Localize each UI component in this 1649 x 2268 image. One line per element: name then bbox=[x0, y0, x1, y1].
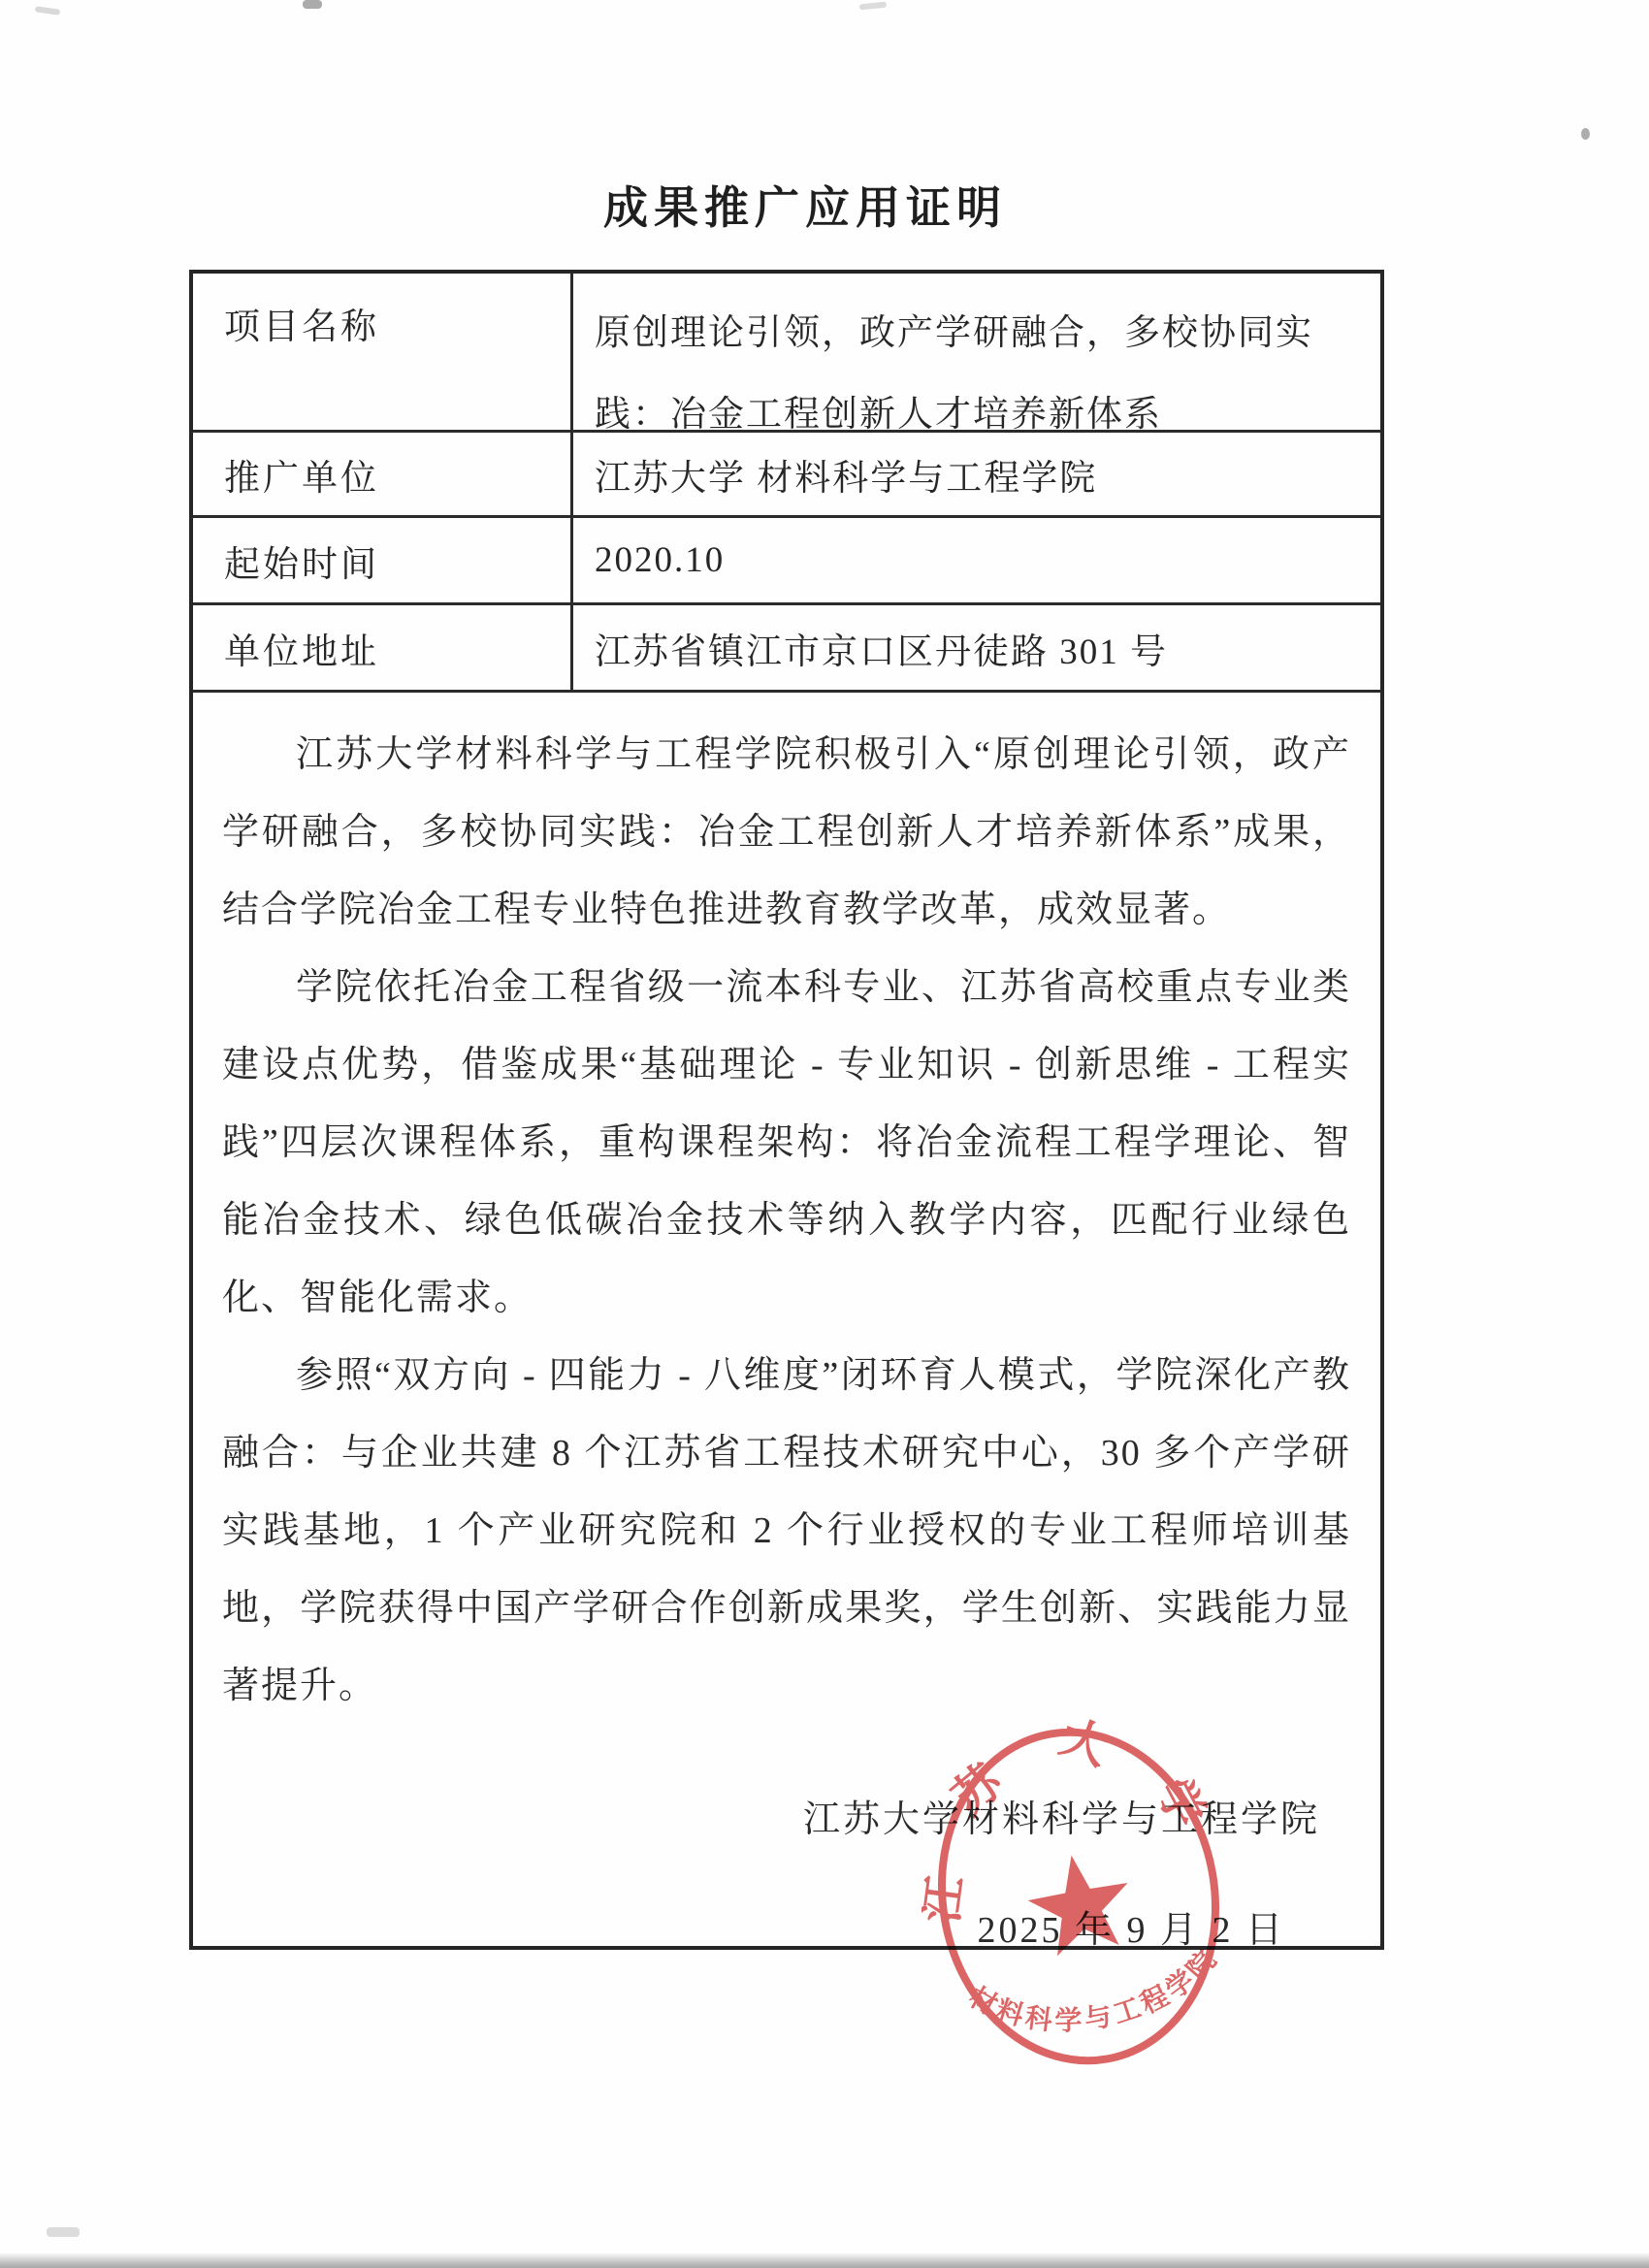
signature-block: 江苏大学材料科学与工程学院 2025 年 9 月 2 日 bbox=[222, 1781, 1351, 1969]
signature-date: 2025 年 9 月 2 日 bbox=[222, 1892, 1320, 1969]
scanned-certificate-page: 成果推广应用证明 项目名称 原创理论引领，政产学研融合，多校协同实践：冶金工程创… bbox=[0, 0, 1649, 2268]
certificate-body: 江苏大学材料科学与工程学院积极引入“原创理论引领，政产学研融合，多校协同实践：冶… bbox=[193, 693, 1380, 1946]
row-value-promoting-unit: 江苏大学 材料科学与工程学院 bbox=[573, 433, 1380, 515]
signature-organization: 江苏大学材料科学与工程学院 bbox=[222, 1781, 1320, 1859]
row-label-project-name: 项目名称 bbox=[193, 274, 573, 430]
scan-artifact bbox=[47, 2227, 80, 2237]
scan-artifact bbox=[859, 2, 887, 11]
scan-artifact bbox=[35, 6, 61, 16]
table-row: 起始时间 2020.10 bbox=[193, 518, 1380, 605]
body-paragraph: 江苏大学材料科学与工程学院积极引入“原创理论引领，政产学研融合，多校协同实践：冶… bbox=[222, 716, 1351, 949]
table-row: 推广单位 江苏大学 材料科学与工程学院 bbox=[193, 433, 1380, 518]
scan-artifact bbox=[1581, 128, 1590, 140]
scan-edge-shadow bbox=[0, 2252, 1649, 2268]
row-value-project-name: 原创理论引领，政产学研融合，多校协同实践：冶金工程创新人才培养新体系 bbox=[573, 274, 1380, 430]
table-row: 项目名称 原创理论引领，政产学研融合，多校协同实践：冶金工程创新人才培养新体系 bbox=[193, 274, 1380, 433]
page-title: 成果推广应用证明 bbox=[0, 173, 1610, 237]
row-value-start-time: 2020.10 bbox=[573, 518, 1380, 602]
row-label-unit-address: 单位地址 bbox=[193, 605, 573, 690]
row-value-unit-address: 江苏省镇江市京口区丹徒路 301 号 bbox=[573, 605, 1380, 690]
body-paragraph: 学院依托冶金工程省级一流本科专业、江苏省高校重点专业类建设点优势，借鉴成果“基础… bbox=[222, 949, 1351, 1337]
scan-artifact bbox=[303, 0, 322, 9]
row-label-promoting-unit: 推广单位 bbox=[193, 433, 573, 515]
table-row: 单位地址 江苏省镇江市京口区丹徒路 301 号 bbox=[193, 605, 1380, 693]
row-label-start-time: 起始时间 bbox=[193, 518, 573, 602]
certificate-table: 项目名称 原创理论引领，政产学研融合，多校协同实践：冶金工程创新人才培养新体系 … bbox=[189, 270, 1384, 1950]
body-paragraph: 参照“双方向 - 四能力 - 八维度”闭环育人模式，学院深化产教融合：与企业共建… bbox=[222, 1337, 1351, 1725]
